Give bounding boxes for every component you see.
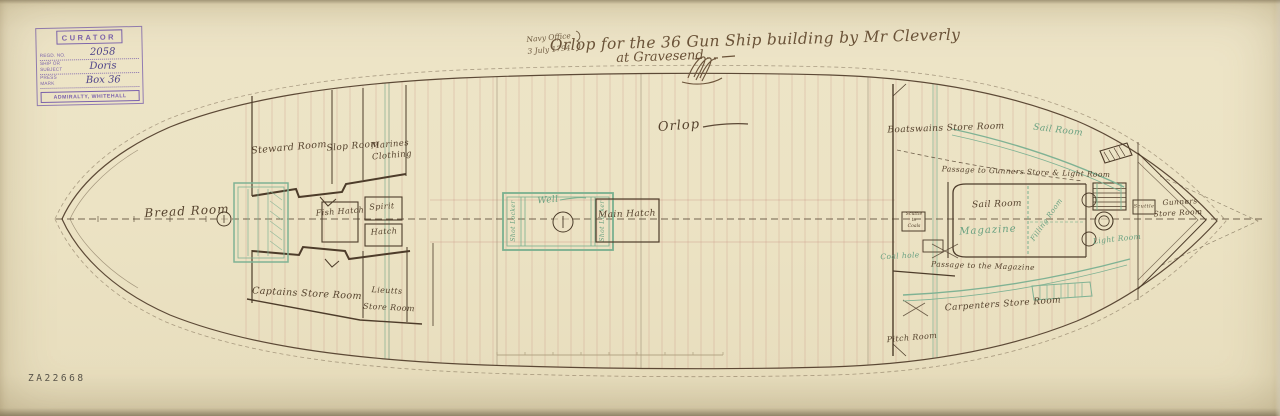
title-sub: at Gravesend	[616, 48, 704, 66]
well-structure	[503, 193, 659, 250]
stamp-regd-label: Regd. No.	[40, 52, 67, 60]
archive-number-stamp: ZA22668	[28, 373, 86, 384]
paper-edge-top	[0, 0, 1280, 4]
label-hatch: Hatch	[371, 227, 398, 236]
stamp-ship-value: Doris	[67, 60, 139, 74]
deck-edge-lines	[430, 200, 895, 242]
label-sail-room: Sail Room	[972, 200, 1022, 211]
stamp-admiralty: ADMIRALTY, WHITEHALL	[41, 90, 140, 103]
paper-edge-bottom	[0, 408, 1280, 416]
label-well: Well	[537, 196, 559, 207]
label-shot-locker-left: Shot Locker	[511, 200, 517, 241]
bow-structure	[1138, 142, 1206, 300]
orlop-dash	[703, 124, 748, 127]
curator-stamp: CURATOR Regd. No. 2058 Ship or Subject D…	[35, 26, 144, 106]
stamp-press-label: Press Mark	[40, 74, 67, 88]
stamp-regd-value: 2058	[67, 46, 139, 60]
label-gunners-store-room-1: Gunners	[1162, 197, 1198, 206]
label-scuttle-to-coals: Scuttle to Coals	[902, 211, 926, 231]
label-orlop: Orlop	[658, 118, 701, 134]
label-shot-locker-right: Shot Locker	[600, 200, 606, 241]
ship-plan-sheet: Bread Room Steward Room Slop Room Marine…	[0, 0, 1280, 416]
frame-lines	[246, 64, 1143, 378]
stamp-ship-label: Ship or Subject	[40, 60, 67, 74]
stamp-curator: CURATOR	[56, 29, 122, 44]
stamp-press-value: Box 36	[67, 74, 139, 88]
label-coal-hole: Coal hole	[880, 251, 920, 261]
scuttle-coals-line3: Coals	[908, 224, 921, 230]
label-spirit: Spirit	[369, 202, 395, 211]
label-lieutts-1: Lieutts	[371, 286, 402, 296]
paper-edge-right	[1275, 0, 1280, 416]
stamp-ship-label-2: Subject	[40, 66, 67, 72]
label-scuttle: Scuttle	[1134, 205, 1155, 210]
